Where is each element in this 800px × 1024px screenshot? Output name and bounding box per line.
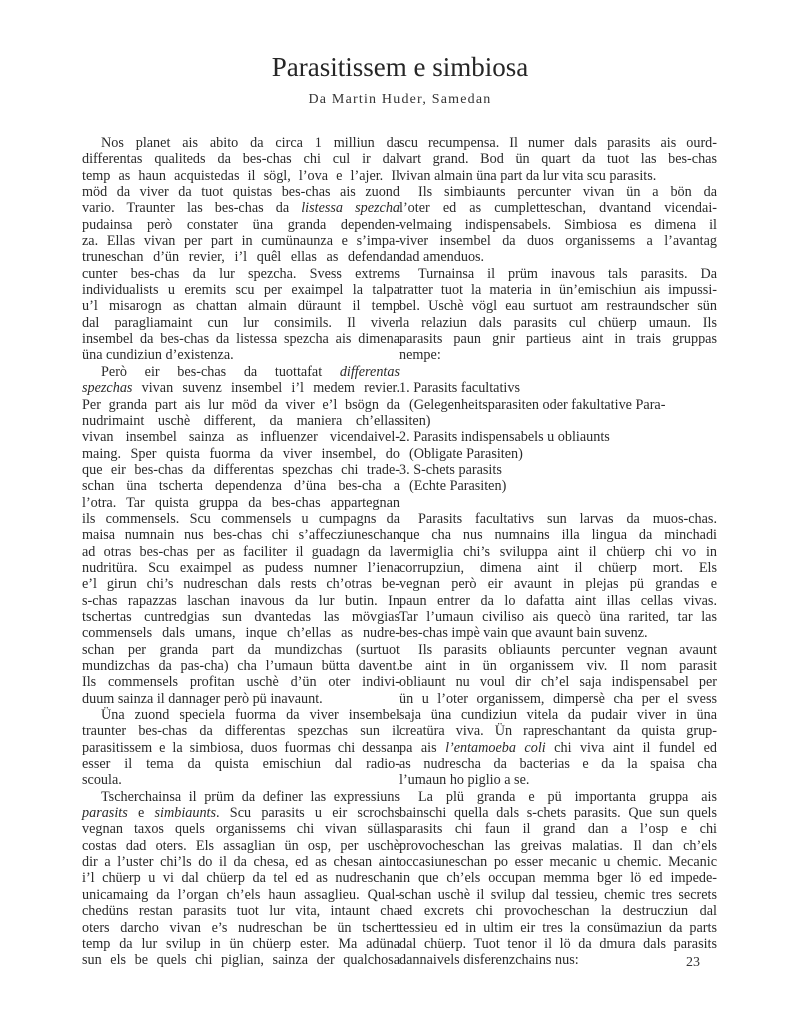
text-line: Ils commensels profitan uschè d’ün oter … xyxy=(82,674,400,690)
text-line: Üna zuond speciela fuorma da viver insem… xyxy=(82,707,400,723)
text-line: scoula. xyxy=(82,772,400,788)
text-line: spezchas vivan suvenz insembel i’l medem… xyxy=(82,380,400,396)
italic-term: spezchas xyxy=(82,380,132,396)
list-item-line: 2. Parasits indispensabels u obliaunts xyxy=(399,429,717,445)
text-line: za. Ellas vivan per part in cumünaunza e… xyxy=(82,233,400,249)
text-line: cunter bes-chas da lur spezcha. Svess ex… xyxy=(82,266,400,282)
article-byline: Da Martin Huder, Samedan xyxy=(0,92,800,108)
text-line: esser il tema da quista emischiun dal ra… xyxy=(82,756,400,772)
text-line: sun els be quels chi piglian, sainza der… xyxy=(82,952,400,968)
text-line: e’l girun chi’s nudreschan dals rests ch… xyxy=(82,576,400,592)
text-line: dal chüerp. Tuot tenor il lö da dmura da… xyxy=(399,936,717,952)
text-line: be aint in ün organissem viv. Il nom par… xyxy=(399,658,717,674)
text-line: duum sainza il dannager però pü inavaunt… xyxy=(82,691,400,707)
text-line: s-chas rapazzas laschan inavous da lur b… xyxy=(82,593,400,609)
text-line: Nos planet ais abito da circa 1 milliun … xyxy=(82,135,400,151)
text-line: dal paragliamaint cun lur consimils. Il … xyxy=(82,315,400,331)
text-line: schan per granda part da mundizchas (sur… xyxy=(82,642,400,658)
text-line: tessieu ed in ultim eir tres la consümaz… xyxy=(399,920,717,936)
text-line: mundizchas da pas-cha) cha l’umaun bütta… xyxy=(82,658,400,674)
text-line: chedüns restan parasits tuot lur vita, i… xyxy=(82,903,400,919)
text-line: creatüra viva. Ün rapreschantant da quis… xyxy=(399,723,717,739)
text-line: que eir bes-chas da differentas spezchas… xyxy=(82,462,400,478)
text-line: la relaziun dals parasits cul chüerp uma… xyxy=(399,315,717,331)
text-line: dad amenduos. xyxy=(399,249,717,265)
text-span: . Scu parasits u eir scrochs xyxy=(216,805,400,821)
text-line: saja üna cundiziun vitela da pudair vive… xyxy=(399,707,717,723)
text-line: üna cundiziun d’existenza. xyxy=(82,347,400,363)
list-item-line: 1. Parasits facultativs xyxy=(399,380,717,396)
text-line: obliaunt nu voul dir ch’el saja indispen… xyxy=(399,674,717,690)
text-line: vermiglia chi’s sviluppa aint il chüerp … xyxy=(399,544,717,560)
page-number: 23 xyxy=(686,955,700,971)
text-span: chi viva aint il fundel ed xyxy=(546,740,717,756)
text-line: dannaivels disferenzchains nus: xyxy=(399,952,717,968)
text-line: Tscherchainsa il prüm da definer las exp… xyxy=(82,789,400,805)
italic-term: listessa spezcha xyxy=(301,200,400,216)
text-line: tratter tuot la materia in ün’emischiun … xyxy=(399,282,717,298)
text-line: vegnan però eir avaunt in plejas pü gran… xyxy=(399,576,717,592)
text-line: paun entrer da lo dafatta aint illas cel… xyxy=(399,593,717,609)
text-line: nudritüra. Scu exaimpel as pudess numner… xyxy=(82,560,400,576)
text-line: commensels dals umans, inque ch’ellas as… xyxy=(82,625,400,641)
text-line: ils commensels. Scu commensels u cumpagn… xyxy=(82,511,400,527)
text-line: provocheschan las greivas malatias. Il d… xyxy=(399,838,717,854)
text-line: Tar l’umaun civiliso ais quecò üna rarit… xyxy=(399,609,717,625)
text-line: ün u l’oter organissem, dimpersè cha per… xyxy=(399,691,717,707)
blank-line xyxy=(399,495,717,511)
text-line: dir a l’uster chi’ls do il da chesa, ed … xyxy=(82,854,400,870)
italic-term: simbiaunts xyxy=(155,805,217,821)
text-column-left: Nos planet ais abito da circa 1 milliun … xyxy=(82,135,400,969)
text-line: vegnan taxos quels organissems chi vivan… xyxy=(82,821,400,837)
text-line: tschertas cuntredgias sun dvantedas las … xyxy=(82,609,400,625)
text-line: costas dad oters. Els assaglian ün osp, … xyxy=(82,838,400,854)
text-line: que cha nus numnains illa lingua da minc… xyxy=(399,527,717,543)
text-line: oters darcho vivan e’s nudreschan be ün … xyxy=(82,920,400,936)
text-line: temp da lur svilup in ün chüerp ester. M… xyxy=(82,936,400,952)
text-line: schan uschè il svilup dal tessieu, chemi… xyxy=(399,887,717,903)
text-line: bel. Uschè vögl eau surtuot am restraund… xyxy=(399,298,717,314)
text-line: as nudrescha da bacterias e da la spaisa… xyxy=(399,756,717,772)
italic-term: parasits xyxy=(82,805,128,821)
text-line: maisa numnain nus bes-chas chi s’affeczi… xyxy=(82,527,400,543)
text-line: temp as haun acquistedas il sögl, l’ova … xyxy=(82,168,400,184)
text-line: in que ch’els occupan memma bger lö ed i… xyxy=(399,870,717,886)
text-line: pa ais l’entamoeba coli chi viva aint il… xyxy=(399,740,717,756)
text-line: ad otras bes-chas per as faciliter il gu… xyxy=(82,544,400,560)
text-line: maing. Sper quista fuorma da viver insem… xyxy=(82,446,400,462)
text-line: Per granda part ais lur möd da viver e’l… xyxy=(82,397,400,413)
text-line: individualists u eremits scu per exaimpe… xyxy=(82,282,400,298)
text-line: corrupziun, dimena aint il chüerp mort. … xyxy=(399,560,717,576)
article-title: Parasitissem e simbiosa xyxy=(0,52,800,83)
text-line: traunter bes-chas da differentas spezcha… xyxy=(82,723,400,739)
list-item-line: (Obligate Parasiten) xyxy=(399,446,717,462)
list-item-line: 3. S-chets parasits xyxy=(399,462,717,478)
text-line: viver insembel da duos organissems a l’a… xyxy=(399,233,717,249)
text-line: Ils parasits obliaunts percunter vegnan … xyxy=(399,642,717,658)
blank-line xyxy=(399,364,717,380)
text-line: l’umaun ho piglio a se. xyxy=(399,772,717,788)
list-item-line: (Echte Parasiten) xyxy=(399,478,717,494)
text-line: l’oter ed as cumpletteschan, dvantand vi… xyxy=(399,200,717,216)
text-span: pa ais xyxy=(399,740,445,756)
text-line: differentas qualiteds da bes-chas chi cu… xyxy=(82,151,400,167)
text-column-right: scu recumpensa. Il numer dals parasits a… xyxy=(399,135,717,969)
text-line: parasits e simbiaunts. Scu parasits u ei… xyxy=(82,805,400,821)
text-line: scu recumpensa. Il numer dals parasits a… xyxy=(399,135,717,151)
text-line: bes-chas impè vain que avaunt bain suven… xyxy=(399,625,717,641)
text-line: unicamaing da l’organ ch’els haun assagl… xyxy=(82,887,400,903)
text-line: l’otra. Tar quista gruppa da bes-chas ap… xyxy=(82,495,400,511)
text-line: siten) xyxy=(399,413,717,429)
text-span: vario. Traunter las bes-chas da xyxy=(82,200,301,216)
text-line: bainschi quella dals s-chets parasits. Q… xyxy=(399,805,717,821)
text-line: insembel da bes-chas da listessa spezcha… xyxy=(82,331,400,347)
text-line: parasits chi faun il grand dan a l’osp e… xyxy=(399,821,717,837)
text-line: Turnainsa il prüm inavous tals parasits.… xyxy=(399,266,717,282)
text-line: ed excrets chi provocheschan la destrucz… xyxy=(399,903,717,919)
text-line: velmaing indispensabels. Simbiosa es dim… xyxy=(399,217,717,233)
text-span: vivan suvenz insembel i’l medem revier. xyxy=(132,380,400,396)
text-line: pudainsa però constater üna granda depen… xyxy=(82,217,400,233)
text-line: möd da viver da tuot quistas bes-chas ai… xyxy=(82,184,400,200)
text-line: vart grand. Bod ün quart da tuot las bes… xyxy=(399,151,717,167)
italic-term: differentas xyxy=(340,364,400,380)
text-line: i’l chüerp u vi dal chüerp da tel ed as … xyxy=(82,870,400,886)
text-line: occasiuneschan po esser mecanic u chemic… xyxy=(399,854,717,870)
text-line: vario. Traunter las bes-chas da listessa… xyxy=(82,200,400,216)
text-span: Però eir bes-chas da tuottafat xyxy=(101,364,340,380)
text-span: e xyxy=(128,805,155,821)
text-line: Ils simbiaunts percunter vivan ün a bön … xyxy=(399,184,717,200)
text-line: parasits paun gnir partieus aint in trai… xyxy=(399,331,717,347)
text-line: vivan almain üna part da lur vita scu pa… xyxy=(399,168,717,184)
italic-term: l’entamoeba coli xyxy=(445,740,546,756)
text-line: nudrimaint uschè different, da maniera c… xyxy=(82,413,400,429)
text-line: La plü granda e pü importanta gruppa ais xyxy=(399,789,717,805)
text-line: schan üna tscherta dependenza d’üna bes-… xyxy=(82,478,400,494)
list-item-line: (Gelegenheitsparasiten oder fakultative … xyxy=(399,397,717,413)
text-line: vivan insembel sainza as influenzer vice… xyxy=(82,429,400,445)
text-line: u’l misarogn as chattan almain düraunt i… xyxy=(82,298,400,314)
text-line: Però eir bes-chas da tuottafat different… xyxy=(82,364,400,380)
text-line: nempe: xyxy=(399,347,717,363)
text-line: parasitissem e la simbiosa, duos fuormas… xyxy=(82,740,400,756)
text-line: Parasits facultativs sun larvas da muos-… xyxy=(399,511,717,527)
text-line: truneschan d’ün revier, i’l quêl ellas a… xyxy=(82,249,400,265)
